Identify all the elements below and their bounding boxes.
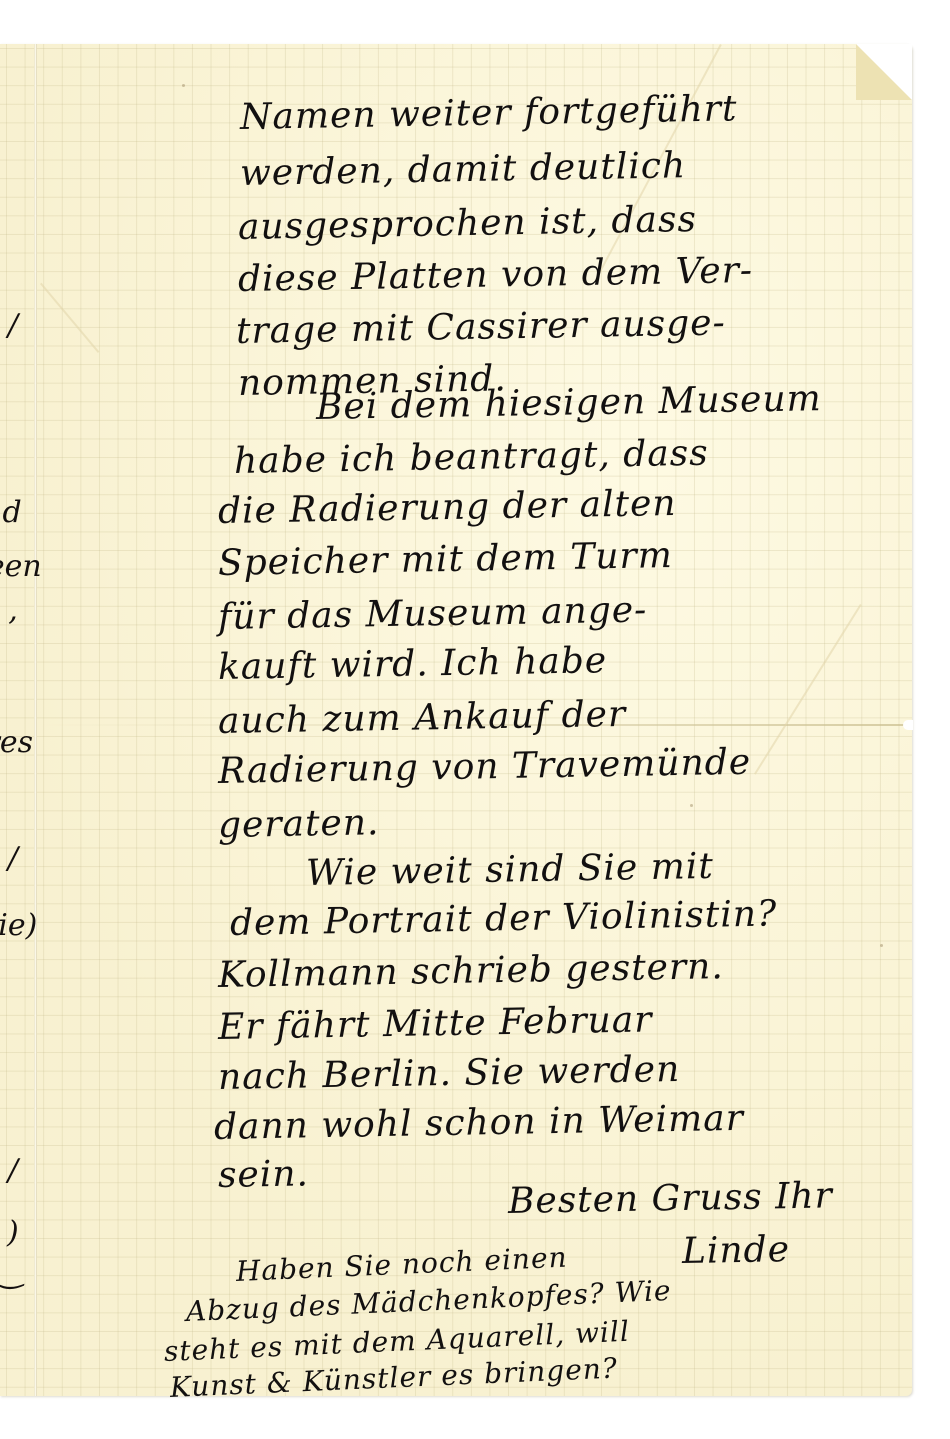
left-page-fragment: ‿ bbox=[0, 1258, 24, 1288]
letter-line: auch zum Ankauf der bbox=[218, 697, 627, 740]
edge-notch bbox=[903, 720, 913, 730]
closing-salutation: Besten Gruss Ihr bbox=[508, 1178, 833, 1220]
paper-speck bbox=[880, 944, 883, 947]
signature: Linde bbox=[682, 1232, 791, 1270]
paper-speck bbox=[182, 84, 185, 87]
left-page-fragment: hie) bbox=[0, 911, 37, 941]
diagonal-crease bbox=[40, 283, 99, 353]
left-page-fragment: res bbox=[0, 728, 33, 758]
letter-line: sein. bbox=[218, 1156, 310, 1194]
left-page-fragment: / bbox=[8, 311, 18, 341]
left-page-fragment: reen bbox=[0, 552, 42, 582]
left-page-fragment: / bbox=[8, 1156, 18, 1186]
folded-corner bbox=[856, 44, 912, 100]
left-page-fragment: / bbox=[8, 844, 18, 874]
letter-line: diese Platten von dem Ver- bbox=[238, 253, 754, 298]
letter-line: für das Museum ange- bbox=[218, 593, 648, 636]
letter-line: Namen weiter fortgeführt bbox=[240, 91, 738, 136]
left-page-fragment: ) bbox=[7, 1218, 19, 1248]
letter-line: Radierung von Travemünde bbox=[218, 745, 752, 790]
letter-line: die Radierung der alten bbox=[218, 486, 677, 530]
letter-line: Bei dem hiesigen Museum bbox=[316, 381, 822, 426]
letter-line: habe ich beantragt, dass bbox=[234, 436, 709, 480]
letter-line: geraten. bbox=[218, 805, 380, 844]
letter-line: Er fährt Mitte Februar bbox=[218, 1002, 653, 1046]
left-page-fragment: d bbox=[2, 498, 21, 528]
letter-line: dann wohl schon in Weimar bbox=[214, 1101, 744, 1146]
letter-line: Wie weit sind Sie mit bbox=[306, 849, 714, 892]
letter-line: dem Portrait der Violinistin? bbox=[230, 896, 778, 942]
letter-line: werden, damit deutlich bbox=[240, 148, 687, 192]
letter-line: nach Berlin. Sie werden bbox=[218, 1052, 681, 1096]
letter-line: trage mit Cassirer ausge- bbox=[236, 305, 726, 350]
letter-line: ausgesprochen ist, dass bbox=[238, 202, 698, 246]
letter-line: kauft wird. Ich habe bbox=[218, 643, 608, 686]
vertical-fold-line bbox=[34, 44, 37, 1396]
letter-line: Kollmann schrieb gestern. bbox=[218, 949, 724, 994]
left-page-fragment: , bbox=[8, 596, 18, 626]
letter-line: Speicher mit dem Turm bbox=[218, 538, 673, 582]
diagonal-crease bbox=[754, 604, 862, 775]
paper-speck bbox=[690, 804, 693, 807]
